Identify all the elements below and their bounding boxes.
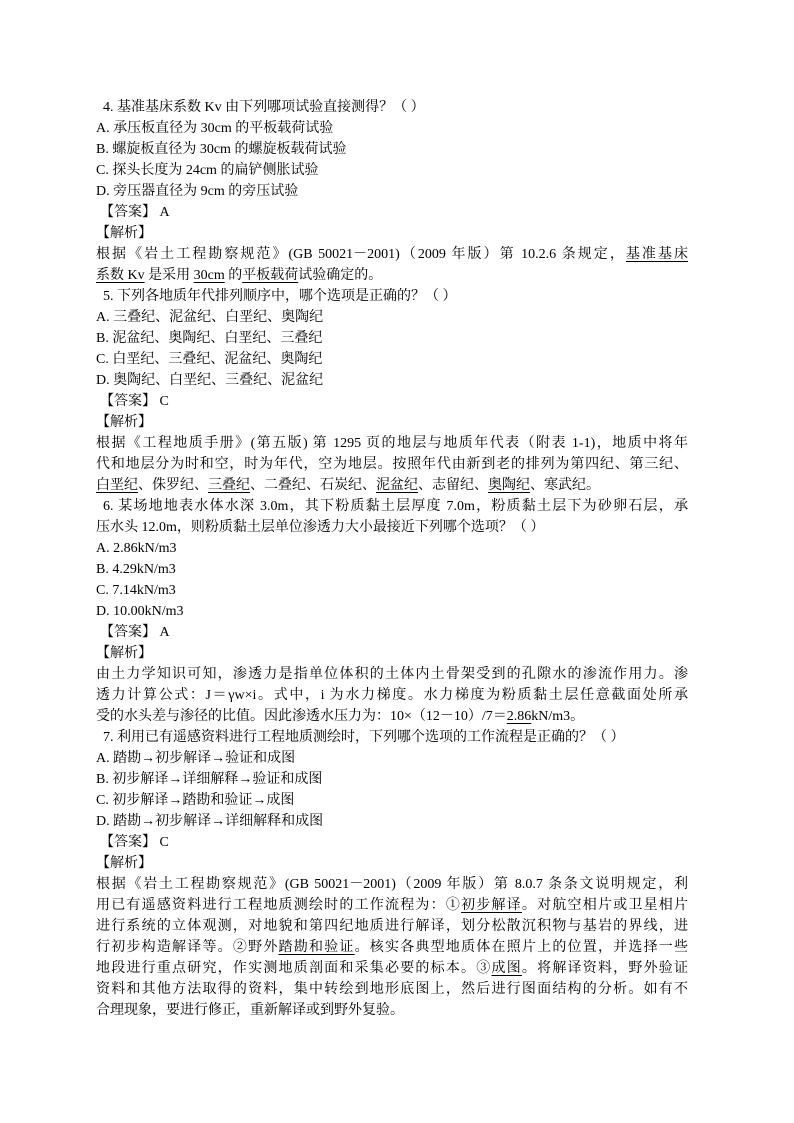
question-stem: 6. 某场地地表水体水深 3.0m，其下粉质黏土层厚度 7.0m，粉质黏土层下为… [96, 496, 688, 517]
text-segment: 行初步构造解译等。②野外 [96, 940, 279, 955]
text-segment: C. 探头长度为 24cm 的扁铲侧胀试验 [96, 163, 318, 178]
analysis-text-line: 根据《工程地质手册》(第五版) 第 1295 页的地层与地质年代表（附表 1-1… [96, 433, 688, 454]
text-segment: 【答案】 C [100, 835, 169, 850]
analysis-text-line: 资料和其他方法取得的资料，集中转绘到地形底图上，然后进行图面结构的分析。如有不 [96, 979, 688, 1000]
underlined-text: 成图 [491, 961, 521, 976]
exam-document-page: 4. 基准基床系数 Kv 由下列哪项试验直接测得？（ ）A. 承压板直径为 30… [0, 0, 794, 1123]
underlined-text: 30cm [194, 268, 225, 283]
option-line: D. 10.00kN/m3 [96, 601, 688, 622]
underlined-text: 初步解译 [461, 898, 522, 913]
text-segment: 压水头 12.0m，则粉质黏土层单位渗透力大小最接近下列哪个选项？（ ） [96, 520, 544, 535]
text-segment: B. 4.29kN/m3 [96, 562, 176, 577]
underlined-text: 系数 Kv [96, 268, 145, 283]
analysis-text-line: 系数 Kv 是采用 30cm 的平板载荷试验确定的。 [96, 265, 688, 286]
text-segment: 、二叠纪、石炭纪、 [250, 478, 376, 493]
answer-line: 【答案】 A [96, 622, 688, 643]
underlined-text: 2.86 [507, 709, 532, 724]
analysis-label: 【解析】 [96, 223, 688, 244]
analysis-text-line: 地段进行重点研究，作实测地质剖面和采集必要的标本。③成图。将解译资料，野外验证 [96, 958, 688, 979]
text-segment: 根据《岩土工程勘察规范》(GB 50021－2001)（2009 年版）第 8.… [96, 877, 688, 892]
text-segment: 透力计算公式：J＝γw×i。式中，i 为水力梯度。水力梯度为粉质黏土层任意截面处… [96, 688, 688, 703]
analysis-text-line: 白垩纪、侏罗纪、三叠纪、二叠纪、石炭纪、泥盆纪、志留纪、奥陶纪、寒武纪。 [96, 475, 688, 496]
analysis-label: 【解析】 [96, 412, 688, 433]
text-segment: 资料和其他方法取得的资料，集中转绘到地形底图上，然后进行图面结构的分析。如有不 [96, 982, 688, 997]
analysis-text-line: 行初步构造解译等。②野外踏勘和验证。核实各典型地质体在照片上的位置，并选择一些 [96, 937, 688, 958]
text-segment: 、侏罗纪、 [138, 478, 208, 493]
text-segment: 是采用 [145, 268, 194, 283]
text-segment: 。将解译资料，野外验证 [522, 961, 688, 976]
text-segment: 代和地层分为时和空，时为年代，空为地层。按照年代由新到老的排列为第四纪、第三纪、 [96, 457, 688, 472]
analysis-text-line: 受的水头差与渗径的比值。因此渗透水压力为：10×（12－10）/7＝2.86kN… [96, 706, 688, 727]
text-segment: 【解析】 [96, 226, 152, 241]
document-content: 4. 基准基床系数 Kv 由下列哪项试验直接测得？（ ）A. 承压板直径为 30… [96, 97, 688, 1021]
text-segment: 。核实各典型地质体在照片上的位置，并选择一些 [355, 940, 688, 955]
underlined-text: 白垩纪 [96, 478, 138, 493]
option-line: B. 泥盆纪、奥陶纪、白垩纪、三叠纪 [96, 328, 688, 349]
underlined-text: 基准基床 [626, 247, 688, 262]
text-segment: 地段进行重点研究，作实测地质剖面和采集必要的标本。③ [96, 961, 491, 976]
text-segment: 【解析】 [96, 856, 152, 871]
text-segment: 根据《工程地质手册》(第五版) 第 1295 页的地层与地质年代表（附表 1-1… [96, 436, 688, 451]
text-segment: A. 三叠纪、泥盆纪、白垩纪、奥陶纪 [96, 310, 323, 325]
text-segment: B. 初步解译→详细解释→验证和成图 [96, 772, 322, 787]
analysis-text-line: 合理现象，要进行修正，重新解译或到野外复验。 [96, 1000, 688, 1021]
text-segment: 受的水头差与渗径的比值。因此渗透水压力为：10×（12－10）/7＝ [96, 709, 507, 724]
analysis-text-line: 由土力学知识可知，渗透力是指单位体积的土体内土骨架受到的孔隙水的渗流作用力。渗 [96, 664, 688, 685]
underlined-text: 三叠纪 [208, 478, 250, 493]
text-segment: D. 踏勘→初步解译→详细解释和成图 [96, 814, 323, 829]
question-stem: 5. 下列各地质年代排列顺序中，哪个选项是正确的？（ ） [96, 286, 688, 307]
analysis-label: 【解析】 [96, 643, 688, 664]
text-segment: 进行系统的立体观测，对地貌和第四纪地质进行解译，划分松散沉积物与基岩的界线，进 [96, 919, 688, 934]
option-line: A. 承压板直径为 30cm 的平板载荷试验 [96, 118, 688, 139]
text-segment: 【解析】 [96, 646, 152, 661]
analysis-text-line: 透力计算公式：J＝γw×i。式中，i 为水力梯度。水力梯度为粉质黏土层任意截面处… [96, 685, 688, 706]
text-segment: A. 踏勘→初步解译→验证和成图 [96, 751, 295, 766]
question-block-6: 6. 某场地地表水体水深 3.0m，其下粉质黏土层厚度 7.0m，粉质黏土层下为… [96, 496, 688, 727]
underlined-text: 平板载荷 [242, 268, 298, 283]
text-segment: 根据《岩土工程勘察规范》(GB 50021－2001)（2009 年版）第 10… [96, 247, 626, 262]
text-segment: A. 2.86kN/m3 [96, 541, 177, 556]
option-line: D. 奥陶纪、白垩纪、三叠纪、泥盆纪 [96, 370, 688, 391]
analysis-text-line: 压水头 12.0m，则粉质黏土层单位渗透力大小最接近下列哪个选项？（ ） [96, 517, 688, 538]
text-segment: 5. 下列各地质年代排列顺序中，哪个选项是正确的？（ ） [103, 289, 457, 304]
option-line: D. 踏勘→初步解译→详细解释和成图 [96, 811, 688, 832]
question-block-4: 4. 基准基床系数 Kv 由下列哪项试验直接测得？（ ）A. 承压板直径为 30… [96, 97, 688, 286]
text-segment: kN/m3。 [531, 709, 584, 724]
option-line: A. 2.86kN/m3 [96, 538, 688, 559]
option-line: A. 踏勘→初步解译→验证和成图 [96, 748, 688, 769]
text-segment: 由土力学知识可知，渗透力是指单位体积的土体内土骨架受到的孔隙水的渗流作用力。渗 [96, 667, 688, 682]
answer-line: 【答案】 C [96, 391, 688, 412]
option-line: B. 螺旋板直径为 30cm 的螺旋板载荷试验 [96, 139, 688, 160]
option-line: B. 初步解译→详细解释→验证和成图 [96, 769, 688, 790]
question-block-7: 7. 利用已有遥感资料进行工程地质测绘时，下列哪个选项的工作流程是正确的？（ ）… [96, 727, 688, 1021]
text-segment: 4. 基准基床系数 Kv 由下列哪项试验直接测得？（ ） [103, 100, 425, 115]
text-segment: 用已有遥感资料进行工程地质测绘时的工作流程为：① [96, 898, 461, 913]
option-line: A. 三叠纪、泥盆纪、白垩纪、奥陶纪 [96, 307, 688, 328]
text-segment: C. 7.14kN/m3 [96, 583, 176, 598]
text-segment: A. 承压板直径为 30cm 的平板载荷试验 [96, 121, 333, 136]
option-line: C. 7.14kN/m3 [96, 580, 688, 601]
analysis-text-line: 代和地层分为时和空，时为年代，空为地层。按照年代由新到老的排列为第四纪、第三纪、 [96, 454, 688, 475]
analysis-label: 【解析】 [96, 853, 688, 874]
text-segment: 6. 某场地地表水体水深 3.0m，其下粉质黏土层厚度 7.0m，粉质黏土层下为… [103, 499, 688, 514]
text-segment: D. 奥陶纪、白垩纪、三叠纪、泥盆纪 [96, 373, 323, 388]
underlined-text: 泥盆纪 [376, 478, 418, 493]
answer-line: 【答案】 A [96, 202, 688, 223]
text-segment: 【答案】 C [100, 394, 169, 409]
text-segment: D. 旁压器直径为 9cm 的旁压试验 [96, 184, 298, 199]
option-line: C. 初步解译→踏勘和验证→成图 [96, 790, 688, 811]
underlined-text: 奥陶纪 [488, 478, 530, 493]
question-stem: 4. 基准基床系数 Kv 由下列哪项试验直接测得？（ ） [96, 97, 688, 118]
text-segment: 【解析】 [96, 415, 152, 430]
analysis-text-line: 用已有遥感资料进行工程地质测绘时的工作流程为：①初步解译。对航空相片或卫星相片 [96, 895, 688, 916]
analysis-text-line: 进行系统的立体观测，对地貌和第四纪地质进行解译，划分松散沉积物与基岩的界线，进 [96, 916, 688, 937]
text-segment: 7. 利用已有遥感资料进行工程地质测绘时，下列哪个选项的工作流程是正确的？（ ） [103, 730, 625, 745]
text-segment: 。对航空相片或卫星相片 [522, 898, 688, 913]
analysis-text-line: 根据《岩土工程勘察规范》(GB 50021－2001)（2009 年版）第 10… [96, 244, 688, 265]
text-segment: 试验确定的。 [298, 268, 382, 283]
text-segment: 、志留纪、 [418, 478, 488, 493]
text-segment: B. 螺旋板直径为 30cm 的螺旋板载荷试验 [96, 142, 346, 157]
text-segment: D. 10.00kN/m3 [96, 604, 184, 619]
question-stem: 7. 利用已有遥感资料进行工程地质测绘时，下列哪个选项的工作流程是正确的？（ ） [96, 727, 688, 748]
option-line: B. 4.29kN/m3 [96, 559, 688, 580]
text-segment: 【答案】 A [100, 205, 170, 220]
option-line: C. 探头长度为 24cm 的扁铲侧胀试验 [96, 160, 688, 181]
answer-line: 【答案】 C [96, 832, 688, 853]
text-segment: B. 泥盆纪、奥陶纪、白垩纪、三叠纪 [96, 331, 322, 346]
text-segment: C. 初步解译→踏勘和验证→成图 [96, 793, 294, 808]
option-line: D. 旁压器直径为 9cm 的旁压试验 [96, 181, 688, 202]
text-segment: 合理现象，要进行修正，重新解译或到野外复验。 [96, 1003, 404, 1018]
underlined-text: 踏勘和验证 [279, 940, 355, 955]
text-segment: 【答案】 A [100, 625, 170, 640]
text-segment: C. 白垩纪、三叠纪、泥盆纪、奥陶纪 [96, 352, 322, 367]
text-segment: 的 [225, 268, 243, 283]
option-line: C. 白垩纪、三叠纪、泥盆纪、奥陶纪 [96, 349, 688, 370]
question-block-5: 5. 下列各地质年代排列顺序中，哪个选项是正确的？（ ）A. 三叠纪、泥盆纪、白… [96, 286, 688, 496]
text-segment: 、寒武纪。 [530, 478, 600, 493]
analysis-text-line: 根据《岩土工程勘察规范》(GB 50021－2001)（2009 年版）第 8.… [96, 874, 688, 895]
